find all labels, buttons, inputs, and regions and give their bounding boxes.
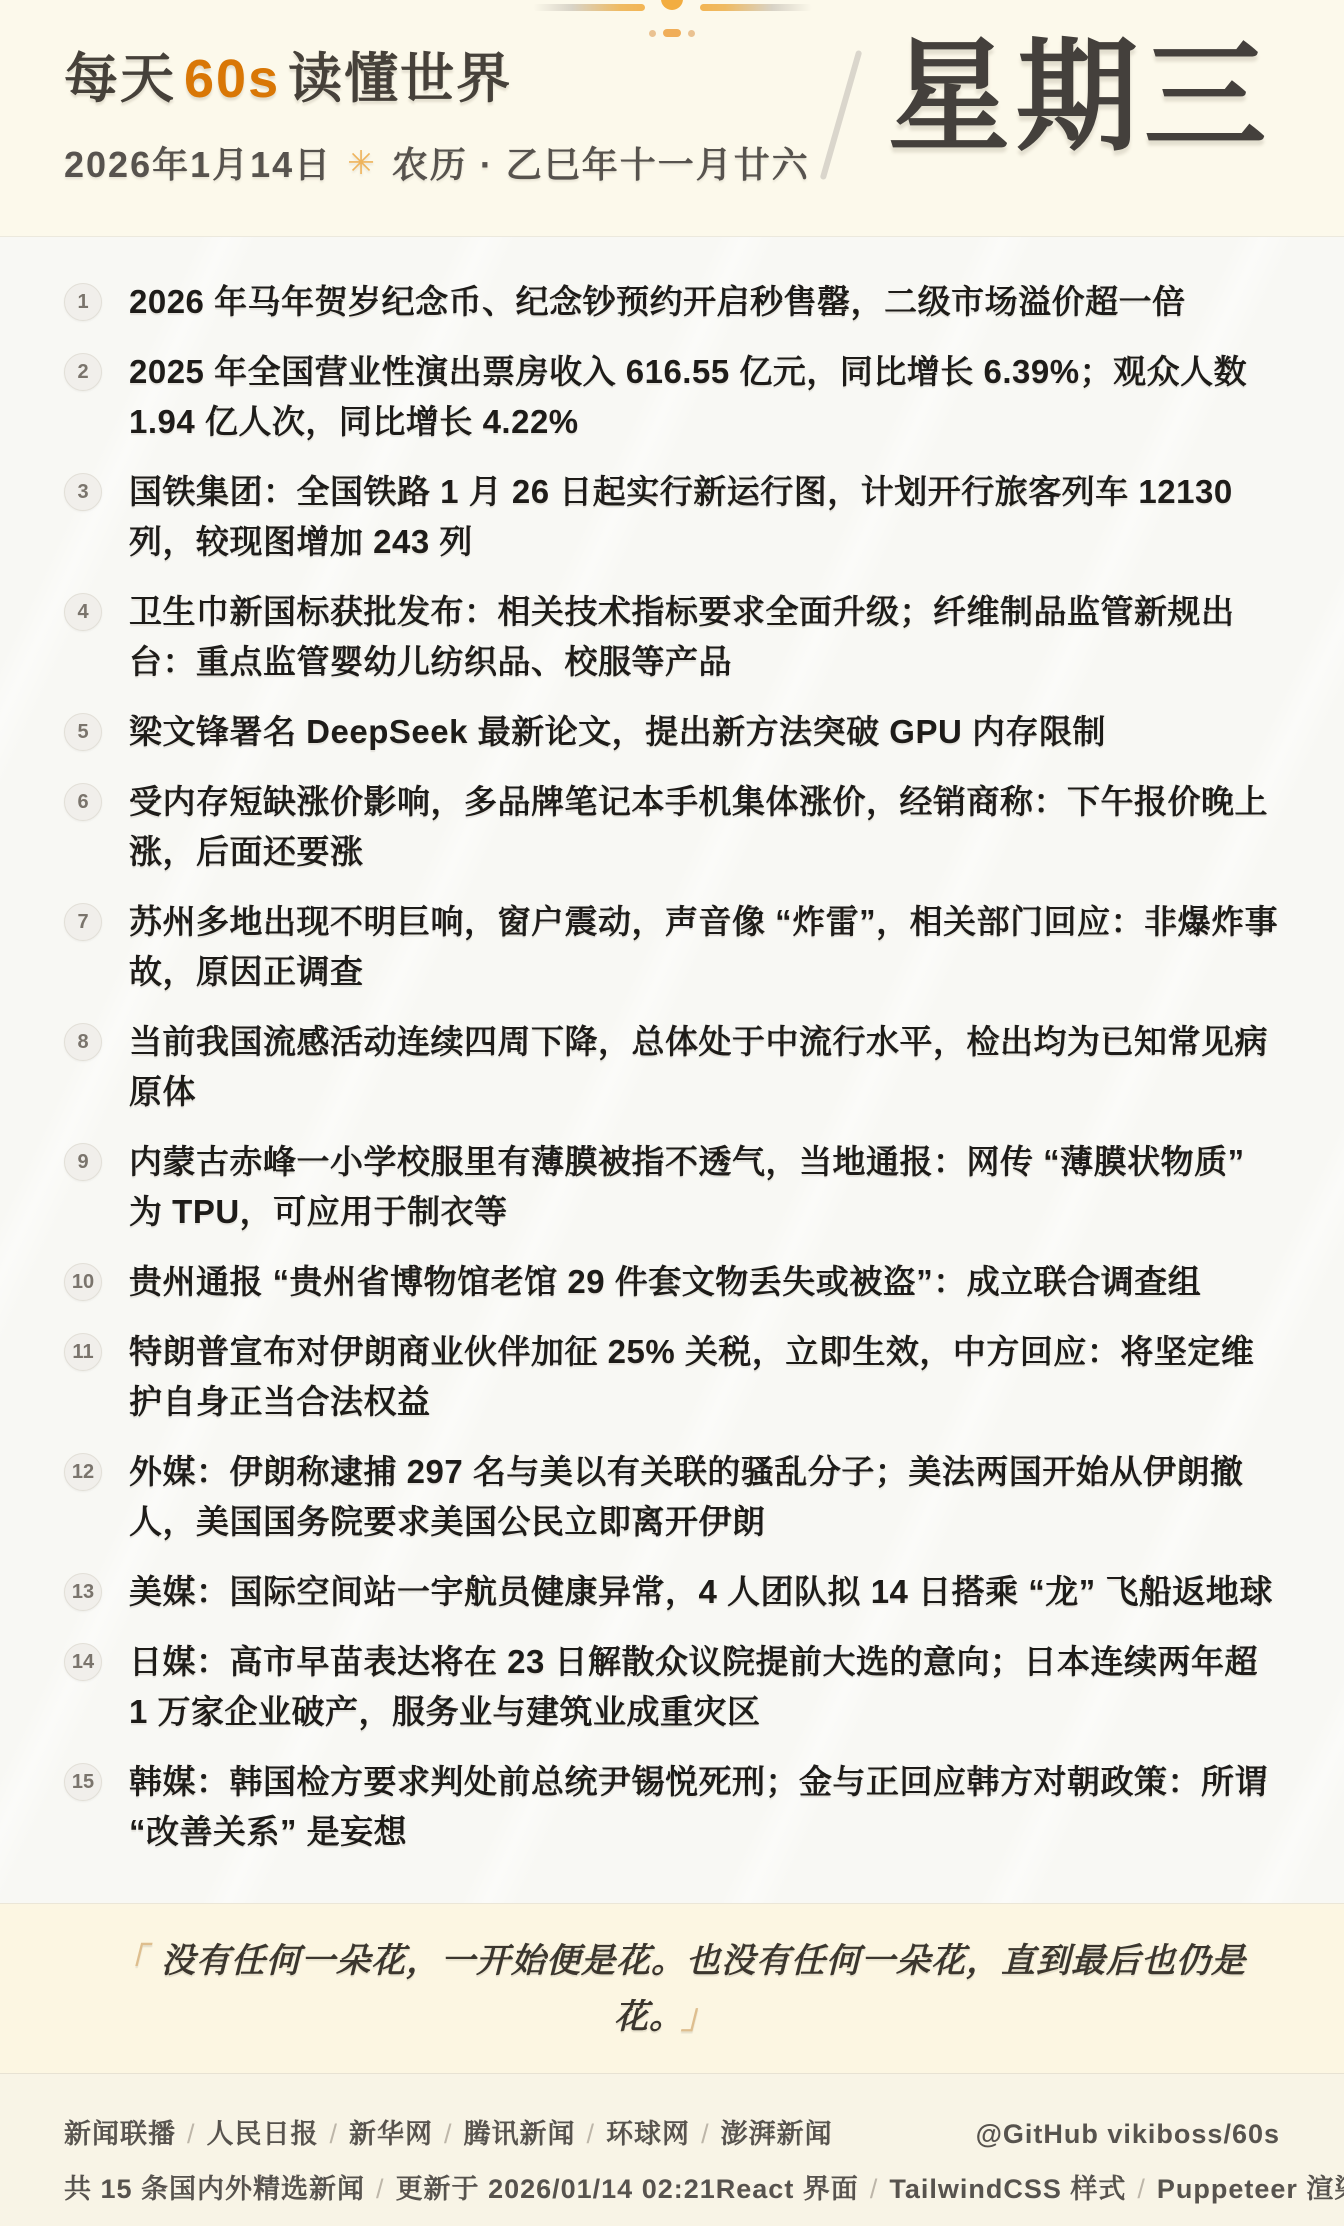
item-number-badge: 3 [64, 473, 102, 511]
ornament-line-right-icon [700, 4, 812, 11]
news-item-text: 韩媒：韩国检方要求判处前总统尹锡悦死刑；金与正回应韩方对朝政策：所谓 “改善关系… [129, 1757, 1282, 1857]
source-label: 澎湃新闻 [721, 2119, 833, 2149]
news-item-text: 外媒：伊朗称逮捕 297 名与美以有关联的骚乱分子；美法两国开始从伊朗撤人，美国… [129, 1447, 1282, 1547]
date-row: 2026年1月14日 ✳ 农历 · 乙巳年十一月廿六 [64, 137, 810, 188]
weekday-text: 星期三 [888, 24, 1272, 170]
ornament-line-left-icon [533, 4, 645, 11]
news-item: 12 外媒：伊朗称逮捕 297 名与美以有关联的骚乱分子；美法两国开始从伊朗撤人… [64, 1447, 1282, 1547]
slash-separator: / [444, 2119, 453, 2149]
item-number-badge: 15 [64, 1763, 102, 1801]
news-item: 4 卫生巾新国标获批发布：相关技术指标要求全面升级；纤维制品监管新规出台：重点监… [64, 587, 1282, 687]
news-item-text: 特朗普宣布对伊朗商业伙伴加征 25% 关税，立即生效，中方回应：将坚定维护自身正… [129, 1327, 1282, 1427]
slash-separator: / [701, 2119, 710, 2149]
news-item-text: 2026 年马年贺岁纪念币、纪念钞预约开启秒售罄，二级市场溢价超一倍 [129, 277, 1186, 327]
item-number-badge: 2 [64, 353, 102, 391]
news-item: 5 梁文锋署名 DeepSeek 最新论文，提出新方法突破 GPU 内存限制 [64, 707, 1282, 757]
quote-open-bracket: 「 [112, 1942, 147, 1980]
news-list: 1 2026 年马年贺岁纪念币、纪念钞预约开启秒售罄，二级市场溢价超一倍 2 2… [0, 237, 1344, 1903]
slash-separator: / [376, 2174, 385, 2204]
news-item: 8 当前我国流感活动连续四周下降，总体处于中流行水平，检出均为已知常见病原体 [64, 1017, 1282, 1117]
slash-separator: / [187, 2119, 196, 2149]
news-item: 2 2025 年全国营业性演出票房收入 616.55 亿元，同比增长 6.39%… [64, 347, 1282, 447]
news-item: 6 受内存短缺涨价影响，多品牌笔记本手机集体涨价，经销商称：下午报价晚上涨，后面… [64, 777, 1282, 877]
news-item-text: 梁文锋署名 DeepSeek 最新论文，提出新方法突破 GPU 内存限制 [129, 707, 1106, 757]
news-item: 9 内蒙古赤峰一小学校服里有薄膜被指不透气，当地通报：网传 “薄膜状物质” 为 … [64, 1137, 1282, 1237]
footer: 新闻联播/人民日报/新华网/腾讯新闻/环球网/澎湃新闻 @GitHub viki… [0, 2073, 1344, 2226]
news-item: 3 国铁集团：全国铁路 1 月 26 日起实行新运行图，计划开行旅客列车 121… [64, 467, 1282, 567]
gregorian-date: 2026年1月14日 [64, 137, 332, 188]
source-label: 新闻联播 [64, 2119, 176, 2149]
source-label: 新华网 [349, 2119, 433, 2149]
news-item: 1 2026 年马年贺岁纪念币、纪念钞预约开启秒售罄，二级市场溢价超一倍 [64, 277, 1282, 327]
header: 每天60s读懂世界 2026年1月14日 ✳ 农历 · 乙巳年十一月廿六 星期三 [0, 0, 1344, 237]
slash-separator: / [1137, 2174, 1146, 2204]
item-number-badge: 9 [64, 1143, 102, 1181]
news-item: 13 美媒：国际空间站一宇航员健康异常，4 人团队拟 14 日搭乘 “龙” 飞船… [64, 1567, 1282, 1617]
item-number-badge: 6 [64, 783, 102, 821]
daily-quote: 「没有任何一朵花，一开始便是花。也没有任何一朵花，直到最后也仍是花。」 [92, 1933, 1252, 2045]
source-label: 环球网 [606, 2119, 690, 2149]
source-label: 腾讯新闻 [464, 2119, 576, 2149]
slash-divider [820, 50, 863, 180]
news-item-text: 贵州通报 “贵州省博物馆老馆 29 件套文物丢失或被盗”：成立联合调查组 [129, 1257, 1201, 1307]
news-item-text: 苏州多地出现不明巨响，窗户震动，声音像 “炸雷”，相关部门回应：非爆炸事故，原因… [129, 897, 1282, 997]
news-poster: 每天60s读懂世界 2026年1月14日 ✳ 农历 · 乙巳年十一月廿六 星期三… [0, 0, 1344, 2226]
news-item-text: 国铁集团：全国铁路 1 月 26 日起实行新运行图，计划开行旅客列车 12130… [129, 467, 1282, 567]
tech-label: React 界面 [716, 2174, 859, 2204]
item-number-badge: 8 [64, 1023, 102, 1061]
footer-meta: 共 15 条国内外精选新闻/更新于 2026/01/14 02:21 [64, 2167, 716, 2206]
slash-separator: / [330, 2119, 339, 2149]
news-item: 15 韩媒：韩国检方要求判处前总统尹锡悦死刑；金与正回应韩方对朝政策：所谓 “改… [64, 1757, 1282, 1857]
news-item: 14 日媒：高市早苗表达将在 23 日解散众议院提前大选的意向；日本连续两年超 … [64, 1637, 1282, 1737]
title-60s-highlight: 60s [184, 49, 280, 109]
updated-time: 更新于 2026/01/14 02:21 [396, 2174, 716, 2204]
item-number-badge: 10 [64, 1263, 102, 1301]
item-number-badge: 11 [64, 1333, 102, 1371]
item-number-badge: 1 [64, 283, 102, 321]
item-number-badge: 13 [64, 1573, 102, 1611]
title-prefix: 每天 [64, 49, 176, 109]
news-item: 11 特朗普宣布对伊朗商业伙伴加征 25% 关税，立即生效，中方回应：将坚定维护… [64, 1327, 1282, 1427]
footer-row-1: 新闻联播/人民日报/新华网/腾讯新闻/环球网/澎湃新闻 @GitHub viki… [64, 2112, 1280, 2151]
ornament-sun-icon [661, 0, 683, 10]
source-label: 人民日报 [207, 2119, 319, 2149]
news-item: 7 苏州多地出现不明巨响，窗户震动，声音像 “炸雷”，相关部门回应：非爆炸事故，… [64, 897, 1282, 997]
lunar-date: 农历 · 乙巳年十一月廿六 [392, 137, 810, 188]
news-item-text: 受内存短缺涨价影响，多品牌笔记本手机集体涨价，经销商称：下午报价晚上涨，后面还要… [129, 777, 1282, 877]
header-left: 每天60s读懂世界 2026年1月14日 ✳ 农历 · 乙巳年十一月廿六 [64, 36, 810, 188]
slash-separator: / [870, 2174, 879, 2204]
title-suffix: 读懂世界 [288, 49, 512, 109]
news-sources: 新闻联播/人民日报/新华网/腾讯新闻/环球网/澎湃新闻 [64, 2112, 833, 2151]
news-item: 10 贵州通报 “贵州省博物馆老馆 29 件套文物丢失或被盗”：成立联合调查组 [64, 1257, 1282, 1307]
news-count: 共 15 条国内外精选新闻 [64, 2174, 365, 2204]
tech-label: TailwindCSS 样式 [889, 2174, 1126, 2204]
tech-label: Puppeteer 渲染 [1157, 2174, 1344, 2204]
quote-close-bracket: 」 [681, 1998, 716, 2036]
item-number-badge: 7 [64, 903, 102, 941]
item-number-badge: 14 [64, 1643, 102, 1681]
quote-section: 「没有任何一朵花，一开始便是花。也没有任何一朵花，直到最后也仍是花。」 [0, 1903, 1344, 2073]
news-item-text: 内蒙古赤峰一小学校服里有薄膜被指不透气，当地通报：网传 “薄膜状物质” 为 TP… [129, 1137, 1282, 1237]
page-title: 每天60s读懂世界 [64, 36, 810, 113]
news-item-text: 2025 年全国营业性演出票房收入 616.55 亿元，同比增长 6.39%；观… [129, 347, 1282, 447]
tech-stack: React 界面/TailwindCSS 样式/Puppeteer 渲染/抖音美… [716, 2167, 1344, 2206]
item-number-badge: 4 [64, 593, 102, 631]
asterisk-icon: ✳ [347, 143, 377, 182]
item-number-badge: 5 [64, 713, 102, 751]
news-item-text: 美媒：国际空间站一宇航员健康异常，4 人团队拟 14 日搭乘 “龙” 飞船返地球 [129, 1567, 1273, 1617]
news-item-text: 卫生巾新国标获批发布：相关技术指标要求全面升级；纤维制品监管新规出台：重点监管婴… [129, 587, 1282, 687]
item-number-badge: 12 [64, 1453, 102, 1491]
github-credit: @GitHub vikiboss/60s [976, 2119, 1280, 2150]
slash-separator: / [587, 2119, 596, 2149]
footer-row-2: 共 15 条国内外精选新闻/更新于 2026/01/14 02:21 React… [64, 2167, 1280, 2206]
news-item-text: 日媒：高市早苗表达将在 23 日解散众议院提前大选的意向；日本连续两年超 1 万… [129, 1637, 1282, 1737]
news-item-text: 当前我国流感活动连续四周下降，总体处于中流行水平，检出均为已知常见病原体 [129, 1017, 1282, 1117]
